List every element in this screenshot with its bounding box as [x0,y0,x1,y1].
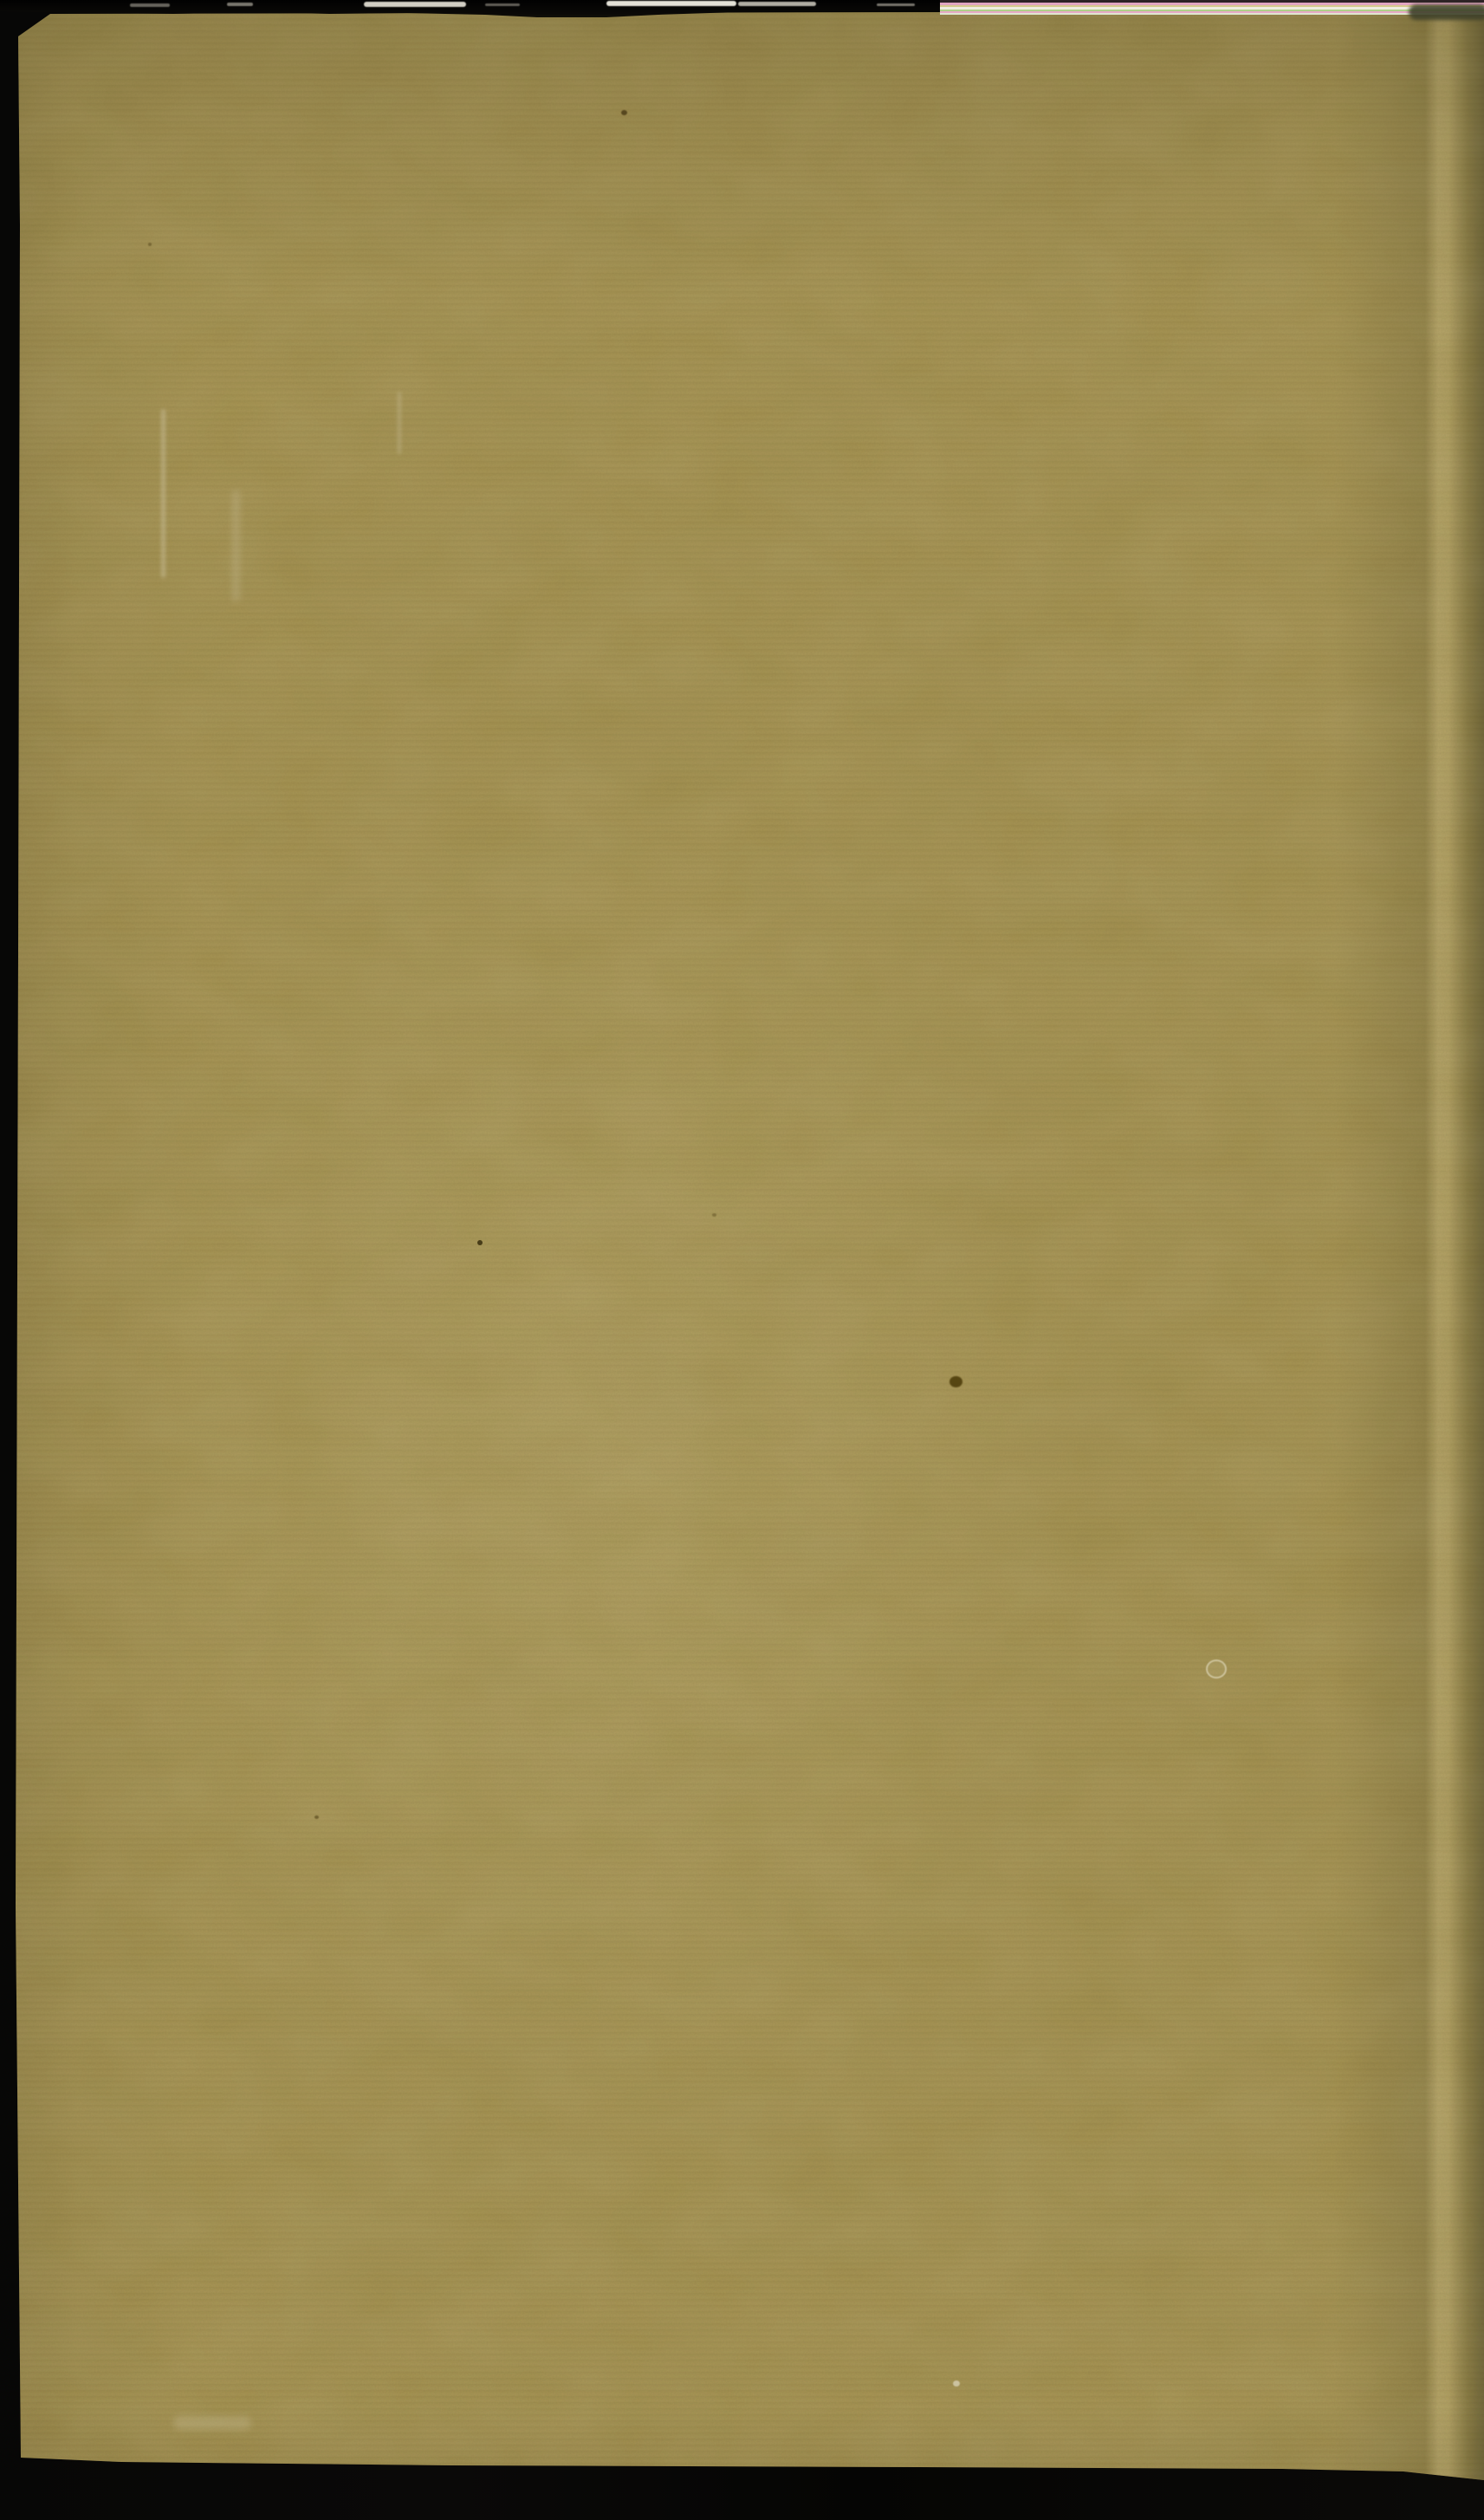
book-scan [0,0,1484,2520]
scuff-streak [232,490,240,602]
light-smudge [173,2416,251,2430]
scan-glint [227,3,253,6]
scan-glint [606,1,736,6]
scan-glint [738,2,816,6]
artifact-stripe [940,13,1484,15]
scan-glint [130,3,170,7]
light-speck [953,2380,960,2387]
scan-glint [877,3,915,6]
scuff-streak [398,392,401,454]
faint-speck [712,1213,716,1217]
dark-dot [477,1240,483,1245]
blank-endpaper-page [0,0,1484,2520]
scan-glint [485,3,520,6]
scan-glint [364,2,466,7]
small-speck [314,1815,319,1819]
scuff-streak [161,409,165,578]
ink-spot [949,1376,962,1387]
scanner-artifact-stripes [940,0,1484,16]
page-marks-layer [0,0,1484,2520]
light-ring [1206,1659,1227,1679]
dark-speck [621,110,627,115]
tiny-speck [148,243,152,246]
